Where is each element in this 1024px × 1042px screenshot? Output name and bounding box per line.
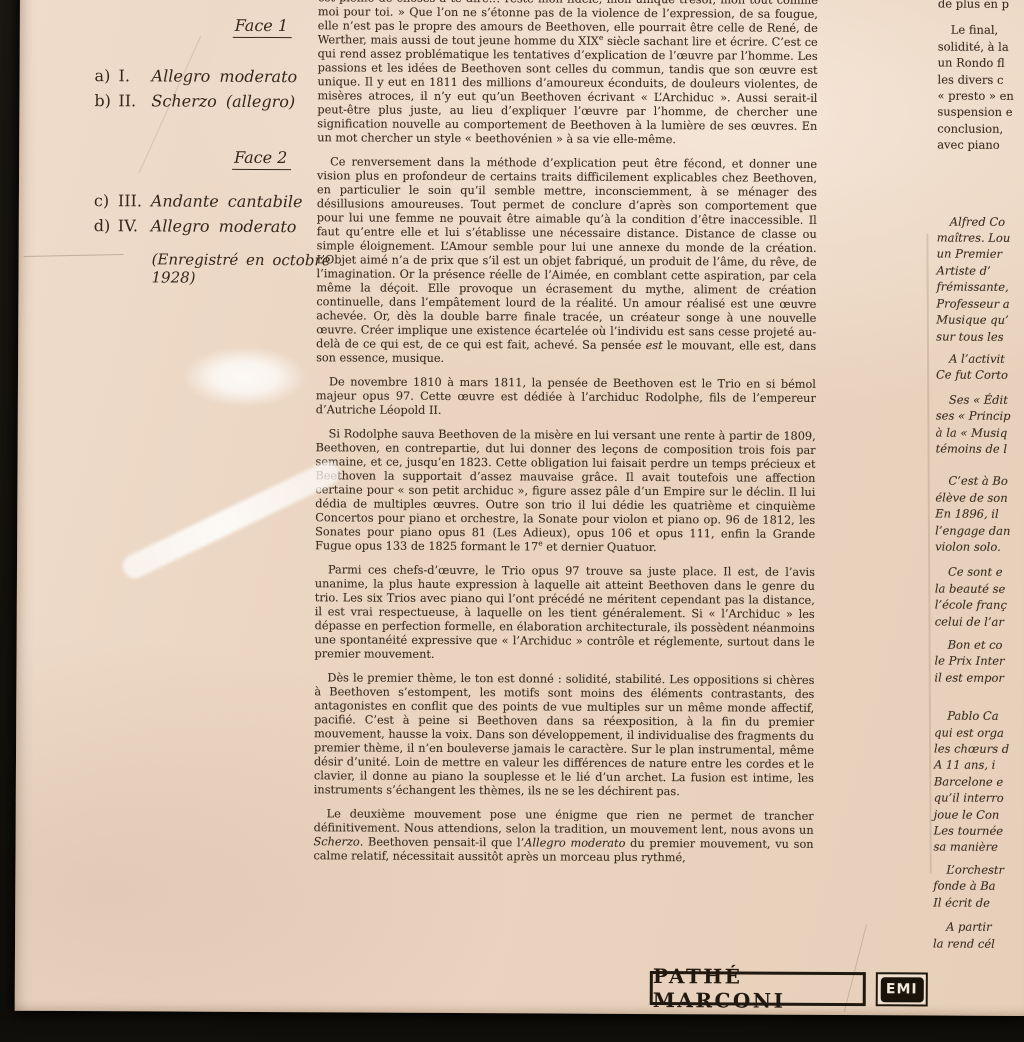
track-title: Allegro moderato [152, 66, 298, 86]
column-line-fragment: un Premier [937, 246, 1024, 263]
column-line-fragment: Pablo Ca [934, 708, 1024, 725]
right-column-paragraph: Alfred Comaîtres. Louun PremierArtiste d… [936, 213, 1024, 345]
face1-heading-text: Face 1 [233, 16, 292, 38]
track-letter: a) [95, 66, 119, 85]
column-line-fragment: fonde à Ba [933, 878, 1024, 895]
record-sleeve-back: Face 1 a)I.Allegro moderatob)II.Scherzo … [15, 0, 1024, 1016]
right-column-paragraph: Pablo Caqui est orgales chœurs dA 11 ans… [933, 708, 1024, 856]
column-line-fragment: la rend cél [933, 935, 1024, 952]
track-number: III. [118, 191, 151, 210]
track-letter: d) [94, 216, 118, 235]
track-number: IV. [118, 216, 151, 235]
column-line-fragment: l’engage dan [935, 522, 1024, 539]
emi-logo-text: EMI [880, 977, 923, 1002]
essay-paragraph: Parmi ces chefs-d’œuvre, le Trio opus 97… [314, 563, 815, 664]
track-letter: b) [94, 91, 118, 110]
column-line-fragment: Ce sont e [935, 564, 1024, 581]
column-line-fragment: Alfred Co [937, 213, 1024, 230]
column-line-fragment: le Prix Inter [934, 653, 1024, 670]
column-line-fragment: suspension e [937, 104, 1024, 121]
column-line-fragment: la beauté se [935, 580, 1024, 597]
column-line-fragment: celui de l’ar [935, 613, 1024, 630]
column-line-fragment: Les tournée [934, 823, 1024, 840]
track-letter: c) [94, 191, 118, 210]
track-title: Scherzo (allegro) [151, 91, 295, 111]
column-line-fragment: qui est orga [934, 724, 1024, 741]
column-line-fragment: Barcelone e [934, 773, 1024, 790]
column-line-fragment: C’est à Bo [935, 473, 1024, 490]
essay-paragraph: Si Rodolphe sauva Beethoven de la misère… [315, 427, 816, 556]
emi-logo: EMI [876, 972, 928, 1006]
pathe-marconi-logo: PATHÉ MARCONI [650, 971, 866, 1006]
right-column-paragraph: Bon et cole Prix Interil est empor [934, 637, 1024, 687]
column-line-fragment: Ses « Édit [936, 391, 1024, 408]
essay-paragraph: est pleine de choses à te dire..! reste … [317, 0, 818, 148]
column-line-fragment: Ce fut Corto [936, 367, 1024, 384]
column-line-fragment: Professeur a [936, 295, 1024, 312]
column-line-fragment: ses « Princip [936, 408, 1024, 425]
right-clipped-column: de plus en pLe final,solidité, à laun Ro… [933, 0, 1024, 952]
column-line-fragment: à la « Musiq [936, 424, 1024, 441]
column-line-fragment: les divers c [938, 71, 1024, 88]
column-line-fragment: conclusion, [937, 120, 1024, 137]
column-line-fragment: témoins de l [936, 440, 1024, 457]
right-column-paragraph: A partirla rend cél [933, 919, 1024, 953]
track-title: Allegro moderato [151, 216, 297, 236]
photo-of-record-sleeve: { "colors": { "paper": "#ead4c0", "ink":… [0, 0, 1024, 1042]
column-line-fragment: Le final, [938, 22, 1024, 39]
column-line-fragment: les chœurs d [934, 741, 1024, 758]
right-column-paragraph: Ce sont ela beauté sel’école françcelui … [935, 564, 1024, 630]
column-line-fragment: A 11 ans, i [934, 757, 1024, 774]
column-line-fragment: solidité, à la [938, 38, 1024, 55]
column-line-fragment: l’école franç [935, 597, 1024, 614]
column-line-fragment: joue le Con [934, 806, 1024, 823]
column-line-fragment: avec piano [937, 137, 1024, 154]
column-line-fragment: A partir [933, 919, 1024, 936]
white-smudge-streak [119, 457, 344, 582]
track-number: I. [119, 66, 152, 85]
column-line-fragment: violon solo. [935, 538, 1024, 555]
right-column-paragraph: de plus en p [938, 0, 1024, 13]
column-line-fragment: un Rondo fl [938, 55, 1024, 72]
right-column-paragraph: C’est à Boélève de sonEn 1896, ill’engag… [935, 473, 1024, 556]
white-smudge [183, 347, 307, 408]
right-column-paragraph: L’orchestrfonde à BaIl écrit de [933, 861, 1024, 911]
essay-paragraph: Dès le premier thème, le ton est donné :… [314, 671, 815, 800]
right-column-paragraph: Le final,solidité, à laun Rondo flles di… [937, 22, 1024, 154]
column-line-fragment: frémissante, [936, 279, 1024, 296]
column-line-fragment: A l’activit [936, 350, 1024, 367]
paper-scratch [926, 233, 931, 873]
column-line-fragment: Artiste d’ [937, 262, 1024, 279]
column-line-fragment: maîtres. Lou [937, 230, 1024, 247]
column-line-fragment: qu’il interro [934, 790, 1024, 807]
column-line-fragment: Il écrit de [933, 894, 1024, 911]
column-line-fragment: L’orchestr [933, 861, 1024, 878]
column-line-fragment: Bon et co [935, 637, 1024, 654]
essay-paragraph: De novembre 1810 à mars 1811, la pensée … [316, 375, 816, 420]
column-line-fragment: sa manière [933, 839, 1024, 856]
column-line-fragment: il est empor [934, 669, 1024, 686]
track-title: Andante cantabile [151, 191, 303, 211]
essay-paragraph: Le deuxième mouvement pose une énigme qu… [313, 807, 813, 866]
essay-column: est pleine de choses à te dire..! reste … [313, 0, 818, 876]
pathe-marconi-logo-text: PATHÉ MARCONI [653, 964, 863, 1013]
column-line-fragment: « presto » en [937, 88, 1024, 105]
essay-paragraph: Ce renversement dans la méthode d’explic… [316, 155, 817, 368]
column-line-fragment: sur tous les [936, 328, 1024, 345]
right-column-paragraph: A l’activitCe fut Corto [936, 350, 1024, 384]
right-column-paragraph: Ses « Éditses « Principà la « Musiqtémoi… [936, 391, 1024, 457]
column-line-fragment: élève de son [935, 489, 1024, 506]
track-number: II. [118, 91, 151, 110]
column-line-fragment: de plus en p [938, 0, 1024, 13]
face2-heading-text: Face 2 [232, 148, 291, 170]
column-line-fragment: Musique qu’ [936, 312, 1024, 329]
column-line-fragment: En 1896, il [935, 506, 1024, 523]
